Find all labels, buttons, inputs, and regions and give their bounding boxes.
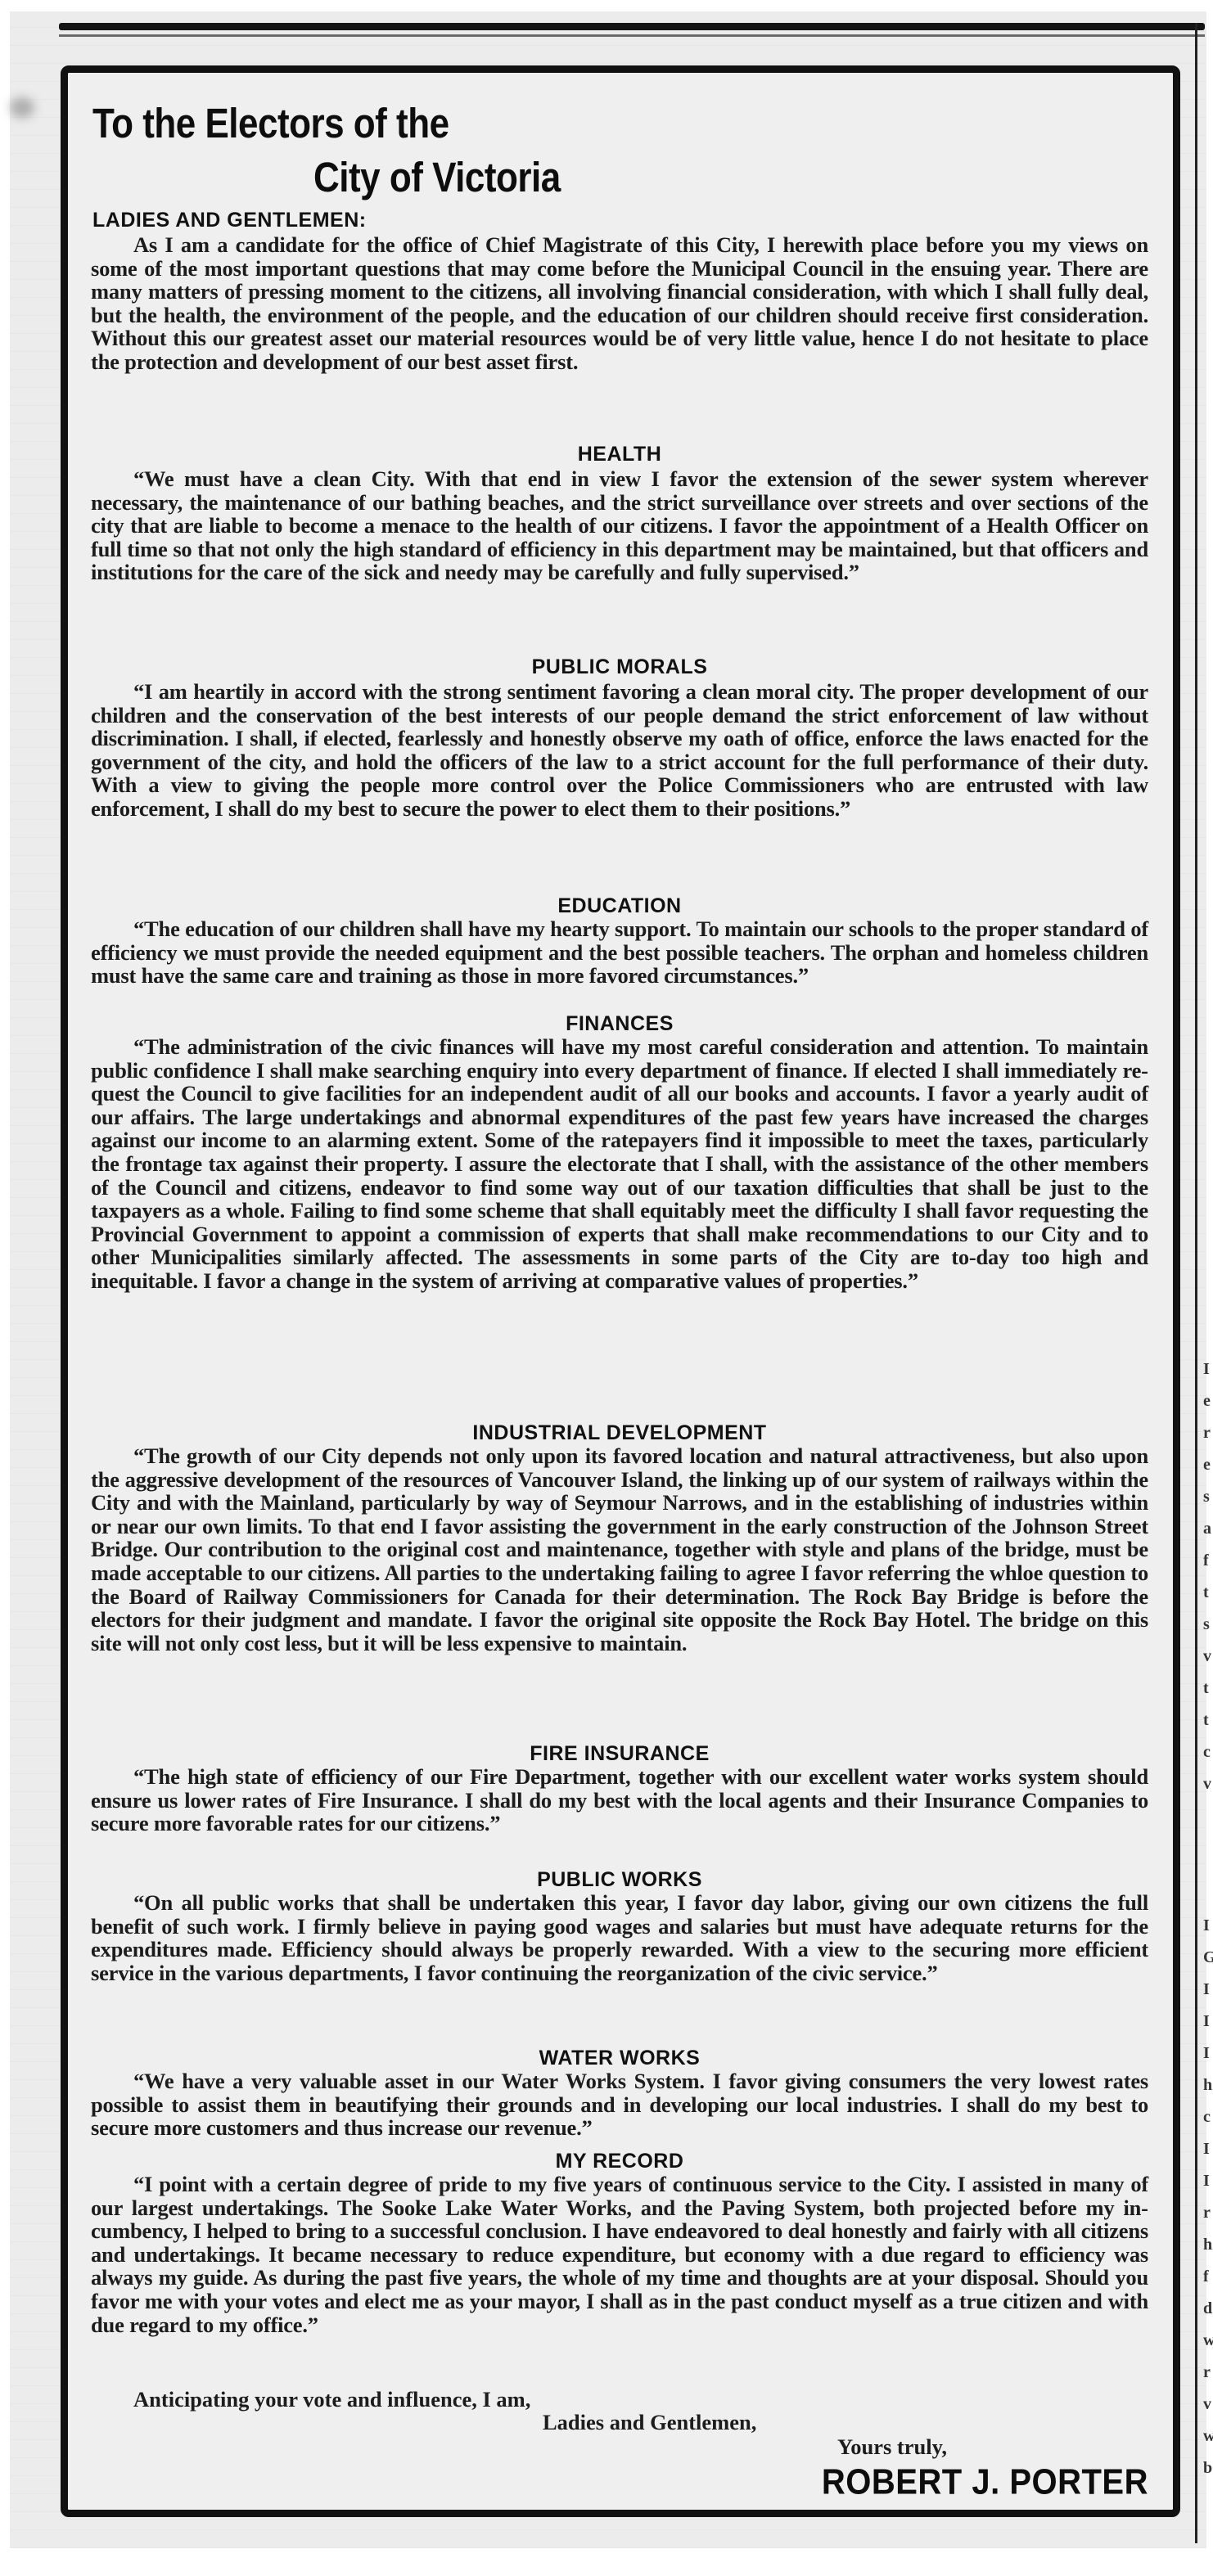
closing-valediction: Yours truly, [837, 2434, 947, 2460]
section-heading-fire-insurance: FIRE INSURANCE [91, 1742, 1148, 1766]
newspaper-page: I e r e s a f t s v t t c v I G I I I h … [10, 11, 1206, 2548]
closing-line: Anticipating your vote and influence, I … [133, 2387, 530, 2412]
election-advertisement: To the Electors of the City of Victoria … [61, 65, 1180, 2517]
section-heading-water-works: WATER WORKS [91, 2047, 1148, 2070]
section-text-public-works: “On all public works that shall be under… [91, 1891, 1148, 1984]
column-divider [1195, 23, 1197, 2543]
section-heading-health: HEALTH [91, 443, 1148, 466]
ad-title-line-1: To the Electors of the [92, 101, 449, 148]
top-rule-thin [59, 34, 1205, 37]
section-text-finances: “The administration of the civic finance… [91, 1035, 1148, 1293]
adjacent-column-fragment-top: I e r e s a f t s v t t c v [1203, 1353, 1213, 1812]
adjacent-column-fragment-bottom: I G I I I h c I I r h f d w r v w b [1203, 1910, 1213, 2515]
section-heading-my-record: MY RECORD [91, 2150, 1148, 2173]
section-heading-public-works: PUBLIC WORKS [91, 1868, 1148, 1892]
section-text-health: “We must have a clean City. With that en… [91, 467, 1148, 584]
section-heading-public-morals: PUBLIC MORALS [91, 655, 1148, 679]
section-text-industrial-development: “The growth of our City depends not only… [91, 1444, 1148, 1655]
ink-smudge [10, 97, 34, 118]
section-text-my-record: “I point with a certain degree of pride … [91, 2173, 1148, 2336]
intro-text: As I am a candidate for the office of Ch… [91, 232, 1148, 374]
section-text-fire-insurance: “The high state of efficiency of our Fir… [91, 1765, 1148, 1835]
top-rule [59, 23, 1205, 30]
section-text-water-works: “We have a very valuable asset in our Wa… [91, 2069, 1148, 2140]
section-text-public-morals: “I am heartily in accord with the strong… [91, 680, 1148, 821]
section-heading-education: EDUCATION [91, 894, 1148, 918]
intro-paragraph: As I am a candidate for the office of Ch… [91, 233, 1148, 374]
signature: ROBERT J. PORTER [822, 2462, 1148, 2503]
closing-address: Ladies and Gentlemen, [543, 2410, 756, 2435]
salutation: LADIES AND GENTLEMEN: [92, 209, 367, 232]
section-heading-industrial-development: INDUSTRIAL DEVELOPMENT [91, 1421, 1148, 1445]
ad-title-line-2: City of Victoria [313, 155, 561, 202]
section-heading-finances: FINANCES [91, 1012, 1148, 1036]
section-text-education: “The education of our children shall hav… [91, 917, 1148, 988]
